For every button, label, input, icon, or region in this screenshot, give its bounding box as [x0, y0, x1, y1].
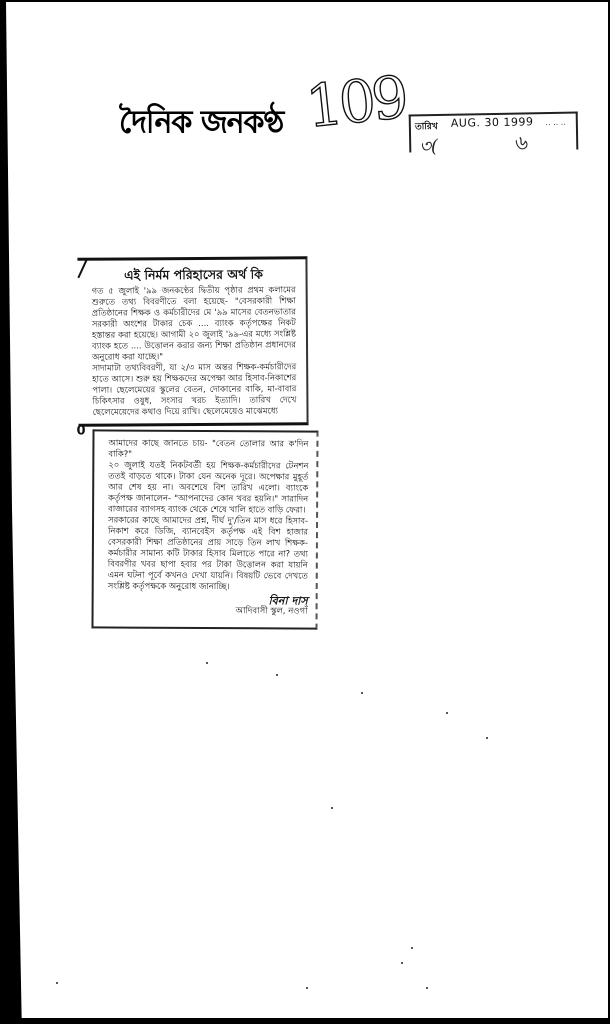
clipping-part-1: এই নির্মম পরিহাসের অর্থ কি গত ৫ জুলাই '৯…	[77, 256, 308, 427]
stamp-dots: .. .. ..	[545, 118, 565, 127]
stamp-handwriting-left: ৩(	[419, 132, 438, 163]
newspaper-clipping: এই নির্মম পরিহাসের অর্থ কি গত ৫ জুলাই '৯…	[78, 257, 308, 629]
article-paragraph: গত ৫ জুলাই '৯৯ জনকণ্ঠের দ্বিতীয় পৃষ্ঠার…	[92, 284, 297, 362]
article-paragraph: ২০ জুলাই যতই নিকটবর্তী হয় শিক্ষক-কর্মচা…	[108, 459, 308, 515]
article-paragraph: সাদামাটা তথ্যবিবরণী, যা ২/৩ মাস অন্তর শি…	[92, 361, 296, 417]
clipping-part-2: 0 আমাদের কাছে জানতে চায়- "বেতন তোলার আর…	[91, 429, 318, 629]
newspaper-masthead: দৈনিক জনকণ্ঠ	[119, 97, 283, 151]
author-address: আদিবাসী স্কুল, নওগাঁ	[108, 605, 308, 617]
article-title: এই নির্মম পরিহাসের অর্থ কি	[91, 268, 295, 280]
date-stamp: তারিখ AUG. 30 1999 .. .. .. ৩( ৬	[409, 112, 579, 153]
article-paragraph: সরকারের কাছে আমাদের প্রশ্ন, দীর্ঘ দু'/তি…	[108, 514, 308, 592]
article-paragraph: আমাদের কাছে জানতে চায়- "বেতন তোলার আর ক…	[108, 437, 308, 460]
stamp-handwriting-right: ৬	[515, 128, 529, 161]
margin-mark: 0	[76, 425, 85, 436]
handwritten-folio-number: 109	[303, 63, 408, 141]
scanned-page: দৈনিক জনকণ্ঠ 109 তারিখ AUG. 30 1999 .. .…	[6, 2, 608, 1018]
